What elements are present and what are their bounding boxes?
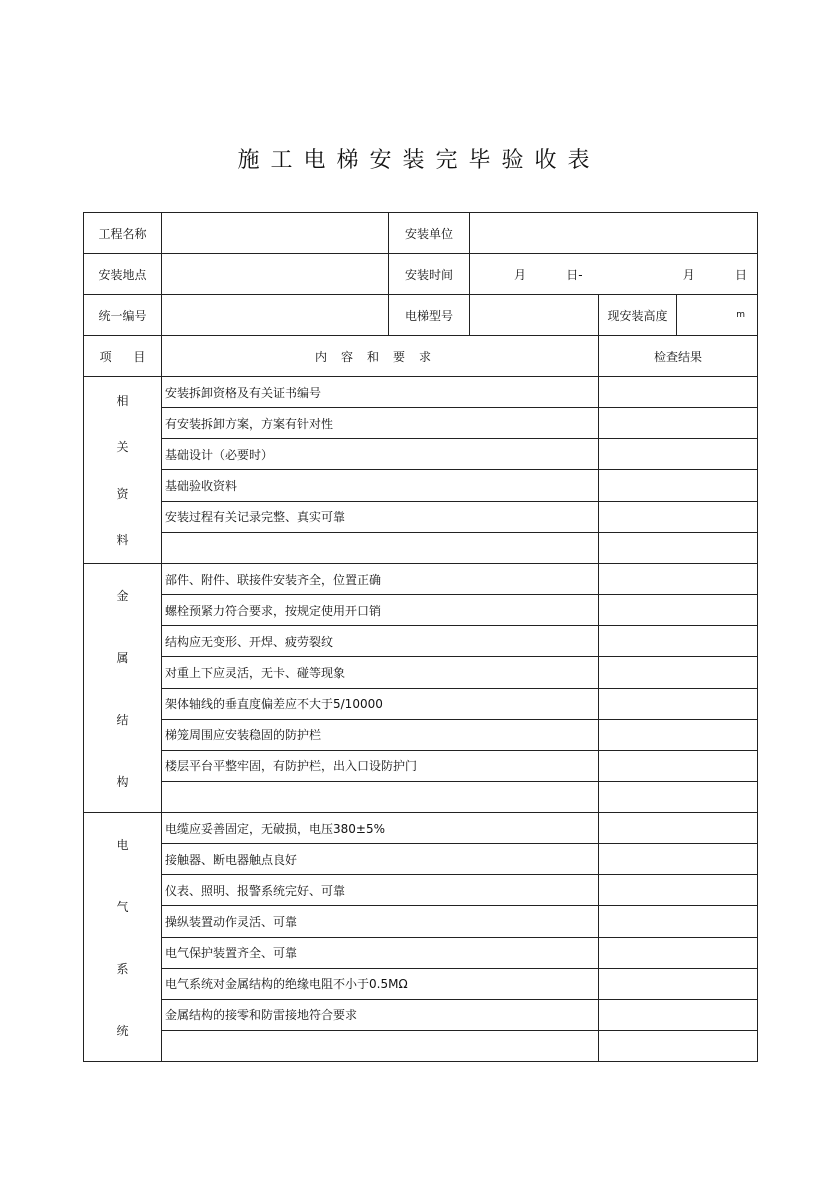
table-row: 金属结构部件、附件、联接件安装齐全，位置正确: [84, 564, 758, 595]
install-site-label: 安装地点: [84, 254, 162, 295]
elevator-model-field[interactable]: [470, 295, 599, 336]
table-row: 基础验收资料: [84, 470, 758, 501]
requirement-text: 安装过程有关记录完整、真实可靠: [162, 501, 599, 532]
check-result-field[interactable]: [599, 750, 758, 781]
unified-no-label: 统一编号: [84, 295, 162, 336]
start-day-label: 日-: [566, 266, 582, 283]
start-month-label: 月: [514, 266, 526, 283]
install-time-label: 安装时间: [389, 254, 470, 295]
requirement-text: 结构应无变形、开焊、疲劳裂纹: [162, 626, 599, 657]
check-result-field[interactable]: [599, 626, 758, 657]
section-category-char: 电: [84, 836, 161, 853]
section-category-char: 属: [84, 649, 161, 666]
check-result-field[interactable]: [599, 377, 758, 408]
requirement-text: 对重上下应灵活，无卡、碰等现象: [162, 657, 599, 688]
requirement-text: 部件、附件、联接件安装齐全，位置正确: [162, 564, 599, 595]
column-header-item: 项 目: [84, 336, 162, 377]
table-row: 电气系统对金属结构的绝缘电阻不小于0.5MΩ: [84, 968, 758, 999]
requirement-text: 金属结构的接零和防雷接地符合要求: [162, 999, 599, 1030]
elevator-model-label: 电梯型号: [389, 295, 470, 336]
table-row: 架体轴线的垂直度偏差应不大于5/10000: [84, 688, 758, 719]
section-category-char: 结: [84, 711, 161, 728]
requirement-text: 有安装拆卸方案，方案有针对性: [162, 408, 599, 439]
section-category: 相关资料: [84, 377, 162, 564]
check-result-field[interactable]: [599, 439, 758, 470]
table-row: [84, 781, 758, 812]
table-row: 电气保护装置齐全、可靠: [84, 937, 758, 968]
requirement-text: 接触器、断电器触点良好: [162, 844, 599, 875]
requirement-text: 电气保护装置齐全、可靠: [162, 937, 599, 968]
check-result-field[interactable]: [599, 470, 758, 501]
requirement-text: 螺栓预紧力符合要求，按规定使用开口销: [162, 595, 599, 626]
end-day-label: 日: [735, 266, 747, 283]
section-category-char: 金: [84, 587, 161, 604]
check-result-field[interactable]: [599, 564, 758, 595]
section-category-char: 料: [84, 531, 161, 548]
project-name-label: 工程名称: [84, 213, 162, 254]
current-height-label: 现安装高度: [599, 295, 677, 336]
table-row: 楼层平台平整牢固，有防护栏，出入口设防护门: [84, 750, 758, 781]
requirement-text: [162, 532, 599, 563]
table-row: 螺栓预紧力符合要求，按规定使用开口销: [84, 595, 758, 626]
table-row: [84, 532, 758, 563]
requirement-text: 安装拆卸资格及有关证书编号: [162, 377, 599, 408]
table-row: 安装过程有关记录完整、真实可靠: [84, 501, 758, 532]
check-result-field[interactable]: [599, 408, 758, 439]
check-result-field[interactable]: [599, 657, 758, 688]
section-category-char: 构: [84, 773, 161, 790]
column-header-result: 检查结果: [599, 336, 758, 377]
check-result-field[interactable]: [599, 688, 758, 719]
install-unit-label: 安装单位: [389, 213, 470, 254]
table-row: 金属结构的接零和防雷接地符合要求: [84, 999, 758, 1030]
unified-no-field[interactable]: [162, 295, 389, 336]
check-result-field[interactable]: [599, 968, 758, 999]
requirement-text: 架体轴线的垂直度偏差应不大于5/10000: [162, 688, 599, 719]
install-time-field[interactable]: 月 日- 月 日: [470, 254, 758, 295]
requirement-text: 基础设计（必要时）: [162, 439, 599, 470]
current-height-field[interactable]: m: [677, 295, 758, 336]
check-result-field[interactable]: [599, 1030, 758, 1061]
check-result-field[interactable]: [599, 813, 758, 844]
section-category-char: 统: [84, 1022, 161, 1039]
check-result-field[interactable]: [599, 906, 758, 937]
table-row: 结构应无变形、开焊、疲劳裂纹: [84, 626, 758, 657]
section-category-char: 关: [84, 438, 161, 455]
table-row: 接触器、断电器触点良好: [84, 844, 758, 875]
table-row: 对重上下应灵活，无卡、碰等现象: [84, 657, 758, 688]
section-category: 金属结构: [84, 564, 162, 813]
check-result-field[interactable]: [599, 595, 758, 626]
check-result-field[interactable]: [599, 937, 758, 968]
column-header-content: 内容和要求: [162, 336, 599, 377]
check-result-field[interactable]: [599, 781, 758, 812]
install-site-field[interactable]: [162, 254, 389, 295]
table-row: 相关资料安装拆卸资格及有关证书编号: [84, 377, 758, 408]
install-unit-field[interactable]: [470, 213, 758, 254]
table-row: [84, 1030, 758, 1061]
table-row: 有安装拆卸方案，方案有针对性: [84, 408, 758, 439]
section-category-char: 系: [84, 960, 161, 977]
project-name-field[interactable]: [162, 213, 389, 254]
requirement-text: 电缆应妥善固定，无破损，电压380±5%: [162, 813, 599, 844]
requirement-text: 基础验收资料: [162, 470, 599, 501]
section-category-char: 相: [84, 392, 161, 409]
table-row: 基础设计（必要时）: [84, 439, 758, 470]
check-result-field[interactable]: [599, 875, 758, 906]
check-result-field[interactable]: [599, 844, 758, 875]
requirement-text: [162, 781, 599, 812]
check-result-field[interactable]: [599, 999, 758, 1030]
check-result-field[interactable]: [599, 532, 758, 563]
table-row: 电气系统电缆应妥善固定，无破损，电压380±5%: [84, 813, 758, 844]
requirement-text: 操纵装置动作灵活、可靠: [162, 906, 599, 937]
form-title: 施工电梯安装完毕验收表: [0, 143, 838, 174]
check-result-field[interactable]: [599, 501, 758, 532]
requirement-text: 楼层平台平整牢固，有防护栏，出入口设防护门: [162, 750, 599, 781]
check-result-field[interactable]: [599, 719, 758, 750]
end-month-label: 月: [683, 266, 695, 283]
requirement-text: 梯笼周围应安装稳固的防护栏: [162, 719, 599, 750]
section-category-char: 气: [84, 898, 161, 915]
requirement-text: 电气系统对金属结构的绝缘电阻不小于0.5MΩ: [162, 968, 599, 999]
section-category: 电气系统: [84, 813, 162, 1062]
requirement-text: 仪表、照明、报警系统完好、可靠: [162, 875, 599, 906]
table-row: 仪表、照明、报警系统完好、可靠: [84, 875, 758, 906]
table-row: 操纵装置动作灵活、可靠: [84, 906, 758, 937]
acceptance-form-table: 工程名称 安装单位 安装地点 安装时间 月 日- 月 日 统一编号 电梯型号: [83, 212, 758, 1062]
requirement-text: [162, 1030, 599, 1061]
table-row: 梯笼周围应安装稳固的防护栏: [84, 719, 758, 750]
section-category-char: 资: [84, 485, 161, 502]
